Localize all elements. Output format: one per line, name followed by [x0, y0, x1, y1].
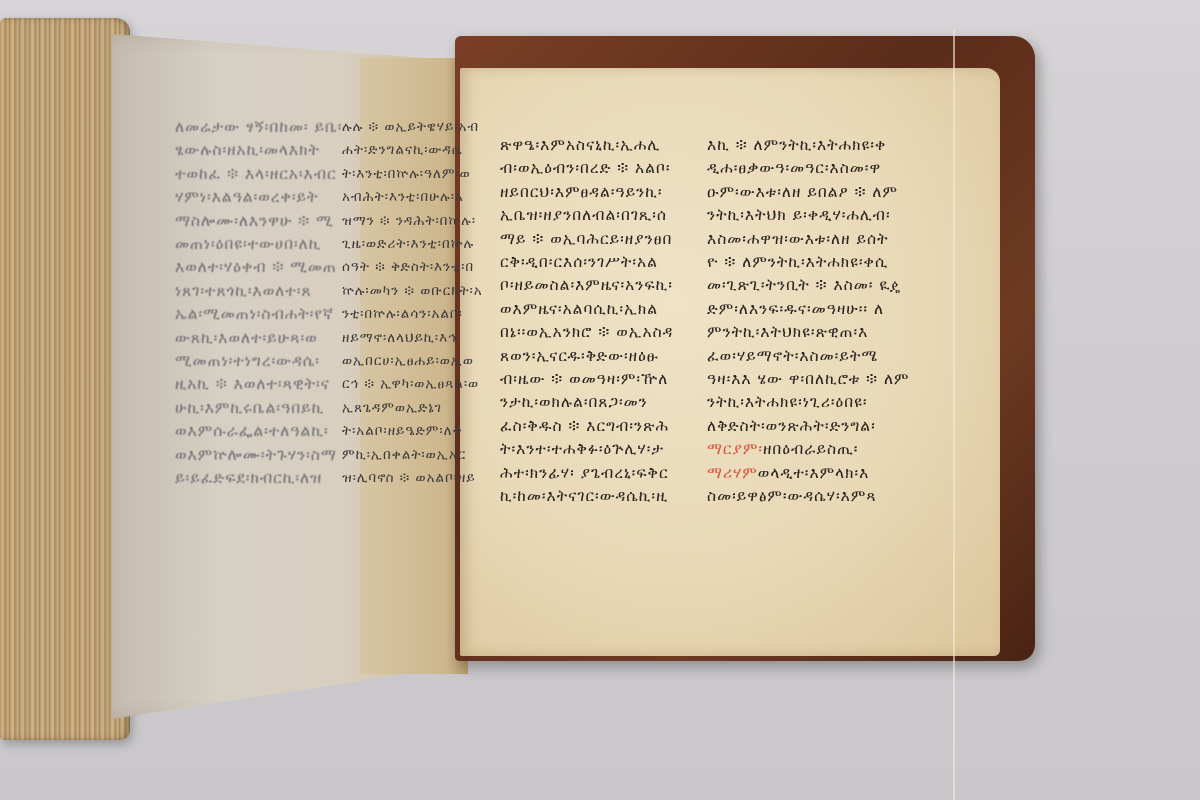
manuscript-photo: ለመሬታው ፃኝ፡በከመ፡ ይቤ፡ፄውሉስ፡ዘአኪ፡መላእክትተወከፈ ፨ እላ… — [0, 0, 1200, 800]
text-line: ርኅ ፨ ኢዋካ፡ወኢፀጻል፡ወ — [342, 373, 483, 396]
left-page-column-b: ሉሉ ፨ ወኢይትዌሃይ፡አብሐት፡ድንግልናኪ፡ውዳሴት፡እንቲ፡በኵሉ፡ዓለ… — [342, 116, 483, 491]
text-line: ሰዓት ፨ ቅድስት፡እንቲ፡በ — [342, 256, 483, 279]
text-line: እኪ ፨ ለምንትኪ፡እትሐክዩ፡ቀ — [707, 134, 910, 157]
text-line: ት፡እንተ፡ተሐቅፉ፡ዕጕሊሃ፡ታ — [500, 438, 673, 461]
page-edges — [0, 18, 130, 740]
text-line: ዝ፡ሊባኖስ ፨ ወአልቦ፡ዘይ — [342, 467, 483, 490]
text-line: ዚአኪ ፨ እወለተ፡ጻዊት፡ና — [175, 373, 342, 396]
text: ዘበዕብራይስጢ፡ — [763, 440, 858, 458]
text-line: እስመ፡ሐዋዝ፡ውእቱ፡ለዘ ይሰት — [707, 228, 910, 251]
text: ወላዲተ፡እምላክ፡እ — [758, 464, 870, 482]
text-line: ወኢበርሀ፡ኢፀሐይ፡ወኢወ — [342, 350, 483, 373]
rubric-text: ማሪሃም — [707, 464, 758, 482]
text-line: ኪ፡ከመ፡እትናገር፡ውዳሴኪ፡ዚ — [500, 485, 673, 508]
text-line: ወእምሱራፌል፡ተለዓልኪ፡ — [175, 420, 342, 443]
text-line: ተወከፈ ፨ እላ፡ዘርአ፡እብር — [175, 163, 342, 186]
text-line: ማስሎሙ፡ለእንዋሁ ፨ ሚ — [175, 210, 342, 233]
text-line: ኢጸጌዳምወኢድኔገ — [342, 397, 483, 420]
text-line: በኔ፡፡ወኢአንክሮ ፨ ወኢአስዳ — [500, 321, 673, 344]
text-line: ምንትኪ፡እትህክዩ፡ጽዊጠ፡እ — [707, 321, 910, 344]
text-line: ይ፡ይፈድፍደ፡ክብርኪ፡ለዝ — [175, 467, 342, 490]
text-line: ሕተ፡ክንፊሃ፡ ያጌብረኒ፡ፍቅር — [500, 462, 673, 485]
text-line: ጊዜ፡ወድሪት፡እንቲ፡በኵሉ — [342, 233, 483, 256]
text-line: ነጸገ፡ተጸጎኪ፡እወለተ፡ጸ — [175, 280, 342, 303]
text-line: ዘይማኖ፡ለላህይኪ፡እኅ — [342, 327, 483, 350]
text-line: ብ፡ዜው ፨ ወመዓዛ፡ም፡ዅለ — [500, 368, 673, 391]
text-line: ዝማን ፨ ንዳሕት፡በኵሉ፡ — [342, 210, 483, 233]
text-line: ዮ ፨ ለምንትኪ፡እትሐክዩ፡ቀሲ — [707, 251, 910, 274]
text-line: ምኪ፡ኢበቀልት፡ወኢአር — [342, 444, 483, 467]
rubric-line: ማርያም፡ዘበዕብራይስጢ፡ — [707, 438, 910, 461]
text-line: ፈስ፡ቅዱስ ፨ እርግብ፡ንጽሕ — [500, 415, 673, 438]
text-line: ዲሐ፡ፀቃውዓ፡መዓር፡እስመ፡ዋ — [707, 157, 910, 180]
text-line: መ፡ጊጽጊ፡ትንቢት ፨ እስመ፡ ዪዼ — [707, 274, 910, 297]
text-line: ቦ፡ዘይመስል፡እምዜና፡አንፍኪ፡ — [500, 274, 673, 297]
text-line: ወእምኵሎሙ፡ትጉሃን፡ስማ — [175, 444, 342, 467]
text-line: ማይ ፨ ወኢባሕርይ፡ዘያንፀበ — [500, 228, 673, 251]
rubric-text: ማርያም፡ — [707, 440, 763, 458]
right-page-column-b: እኪ ፨ ለምንትኪ፡እትሐክዩ፡ቀዲሐ፡ፀቃውዓ፡መዓር፡እስመ፡ዋዑም፡ውእ… — [707, 134, 910, 509]
text-line: ውጸኪ፡እወለተ፡ይሁጻ፡ወ — [175, 327, 342, 350]
text-line: ሚመጠነ፡ተነግረ፡ውዳሴ፡ — [175, 350, 342, 373]
text-line: ለመሬታው ፃኝ፡በከመ፡ ይቤ፡ — [175, 116, 342, 139]
text-line: ሐት፡ድንግልናኪ፡ውዳሴ — [342, 139, 483, 162]
display-stand-line — [953, 30, 955, 800]
text-line: ፄውሉስ፡ዘአኪ፡መላእክት — [175, 139, 342, 162]
left-page-column-a: ለመሬታው ፃኝ፡በከመ፡ ይቤ፡ፄውሉስ፡ዘአኪ፡መላእክትተወከፈ ፨ እላ… — [175, 116, 342, 491]
text-line: መጠነ፡ዕበዩ፡ተውሀበ፡ለኪ — [175, 233, 342, 256]
text-line: ዑም፡ውእቱ፡ለዘ ይበልዖ ፨ ለም — [707, 181, 910, 204]
text-line: ርቅ፡ዲበ፡ርእሰ፡ንገሥት፡አል — [500, 251, 673, 274]
text-line: ሉሉ ፨ ወኢይትዌሃይ፡አብ — [342, 116, 483, 139]
text-line: ድም፡ለእንፍ፡ዱና፡መዓዛሁ፡፡ ለ — [707, 298, 910, 321]
text-line: ስመ፡ይዋፅም፡ውዳሴሃ፡እምጻ — [707, 485, 910, 508]
text-line: ለቅድስት፡ወንጽሕት፡ድንግል፡ — [707, 415, 910, 438]
text-line: ንቲ፡በኵሉ፡ልሳን፡አልቦ፡ — [342, 303, 483, 326]
text-line: እወለተ፡ሃዕቀብ ፨ ሚመጠ — [175, 256, 342, 279]
text-line: አብሕት፡እንቲ፡በሁሉ፡አ — [342, 186, 483, 209]
text-line: ኵሉ፡መካን ፨ ወቡርክት፡አ — [342, 280, 483, 303]
text-line: ት፡እንቲ፡በኵሉ፡ዓለም፡ወ — [342, 163, 483, 186]
text-line: ፈወ፡ሃይማኖት፡እስመ፡ይትሜ — [707, 345, 910, 368]
text-line: ኤል፡ሚመጠነ፡ስብሐት፡የኛ — [175, 303, 342, 326]
text-line: ወእምዜና፡አልባሲኪ፡ኢክል — [500, 298, 673, 321]
text-line: ጽዋዔ፡እምአስናኒኪ፡ኢሐሊ — [500, 134, 673, 157]
text-line: ዓዛ፡እእ ሄው ዋ፡በለኪሮቱ ፨ ለም — [707, 368, 910, 391]
right-page-column-a: ጽዋዔ፡እምአስናኒኪ፡ኢሐሊብ፡ወኢዕብን፡በረድ ፨ አልቦ፡ዘይበርህ፡እ… — [500, 134, 673, 509]
text-line: ሃምነ፡እልዓል፡ወረቀ፡ይት — [175, 186, 342, 209]
text-line: ኢቤዝ፡ዘያንበለብል፡በገጺ፡ሰ — [500, 204, 673, 227]
text-line: ጸወን፡ኢናርዱ፡ቅድው፡ዘዕፁ — [500, 345, 673, 368]
text-line: ንትኪ፡እትሐክዩ፡ነጊሪ፡ዕበዩ፡ — [707, 391, 910, 414]
text-line: ት፡አልቦ፡ዘይዔድም፡ለቅ — [342, 420, 483, 443]
text-line: ሁኪ፡እምኪሩቤል፡ዓበይኪ — [175, 397, 342, 420]
text-line: ብ፡ወኢዕብን፡በረድ ፨ አልቦ፡ — [500, 157, 673, 180]
text-line: ዘይበርህ፡እምፀዳል፡ዓይንኪ፡ — [500, 181, 673, 204]
text-line: ንትኪ፡እትህክ ይ፡ቀዲሃ፡ሐሊብ፡ — [707, 204, 910, 227]
rubric-line: ማሪሃምወላዲተ፡እምላክ፡እ — [707, 462, 910, 485]
text-line: ንታኪ፡ወክሉል፡በጸጋ፡መን — [500, 391, 673, 414]
